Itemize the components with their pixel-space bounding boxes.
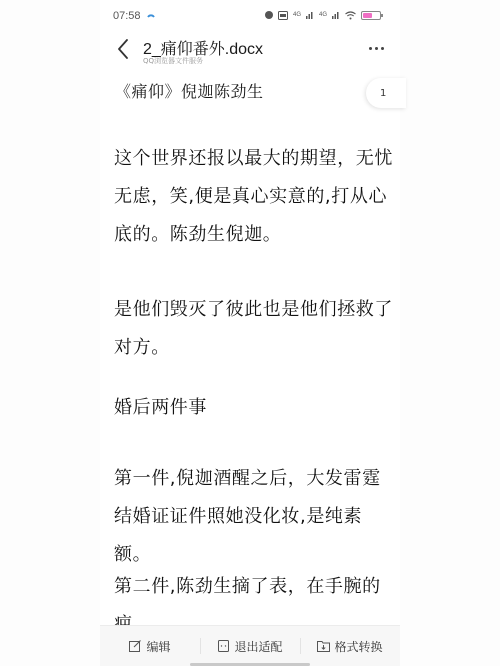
file-source: QQ浏览器文件服务 <box>143 56 203 66</box>
network-4g-icon-2: 4G <box>319 10 327 20</box>
alarm-icon <box>265 11 273 19</box>
format-convert-button[interactable]: 格式转换 <box>300 626 400 666</box>
status-time: 07:58 <box>113 10 141 22</box>
document-title: 《痛仰》倪迦陈劲生 <box>115 79 264 102</box>
phone-screen: 07:58 4G 4G 2_痛仰番外.docx QQ浏览器文件服务 <box>100 0 400 666</box>
wifi-icon <box>345 11 356 20</box>
more-horizontal-icon <box>369 47 372 50</box>
edit-button[interactable]: 编辑 <box>100 626 200 666</box>
bottom-toolbar: 编辑 退出适配 格式转换 <box>100 625 400 666</box>
network-4g-icon: 4G <box>293 10 301 20</box>
app-header: 2_痛仰番外.docx QQ浏览器文件服务 <box>100 30 400 70</box>
exit-fit-icon <box>217 640 230 652</box>
paragraph: 这个世界还报以最大的期望，无忧无虑，笑,便是真心实意的,打从心底的。陈劲生倪迦。 <box>114 140 394 254</box>
hd-icon <box>278 11 288 20</box>
status-bar: 07:58 4G 4G <box>100 0 400 30</box>
format-convert-label: 格式转换 <box>334 638 382 655</box>
edit-icon <box>129 640 142 652</box>
paragraph: 婚后两件事 <box>114 389 394 427</box>
signal-arc-icon <box>146 9 156 19</box>
paragraph: 第一件,倪迦酒醒之后，大发雷霆结婚证证件照她没化妆,是纯素额。 <box>114 460 394 574</box>
paragraph: 是他们毁灭了彼此也是他们拯救了对方。 <box>114 291 394 367</box>
battery-icon <box>361 11 381 20</box>
more-options-button[interactable] <box>366 40 386 56</box>
signal-bars-icon <box>306 11 314 19</box>
format-convert-icon <box>317 640 330 652</box>
exit-fit-label: 退出适配 <box>234 638 282 655</box>
signal-bars-icon-2 <box>332 11 340 19</box>
edit-label: 编辑 <box>146 638 170 655</box>
status-icons: 4G 4G <box>265 10 381 20</box>
page-number-badge[interactable]: 1 <box>366 78 406 108</box>
chevron-left-icon[interactable] <box>114 36 134 62</box>
exit-fit-button[interactable]: 退出适配 <box>200 626 300 666</box>
